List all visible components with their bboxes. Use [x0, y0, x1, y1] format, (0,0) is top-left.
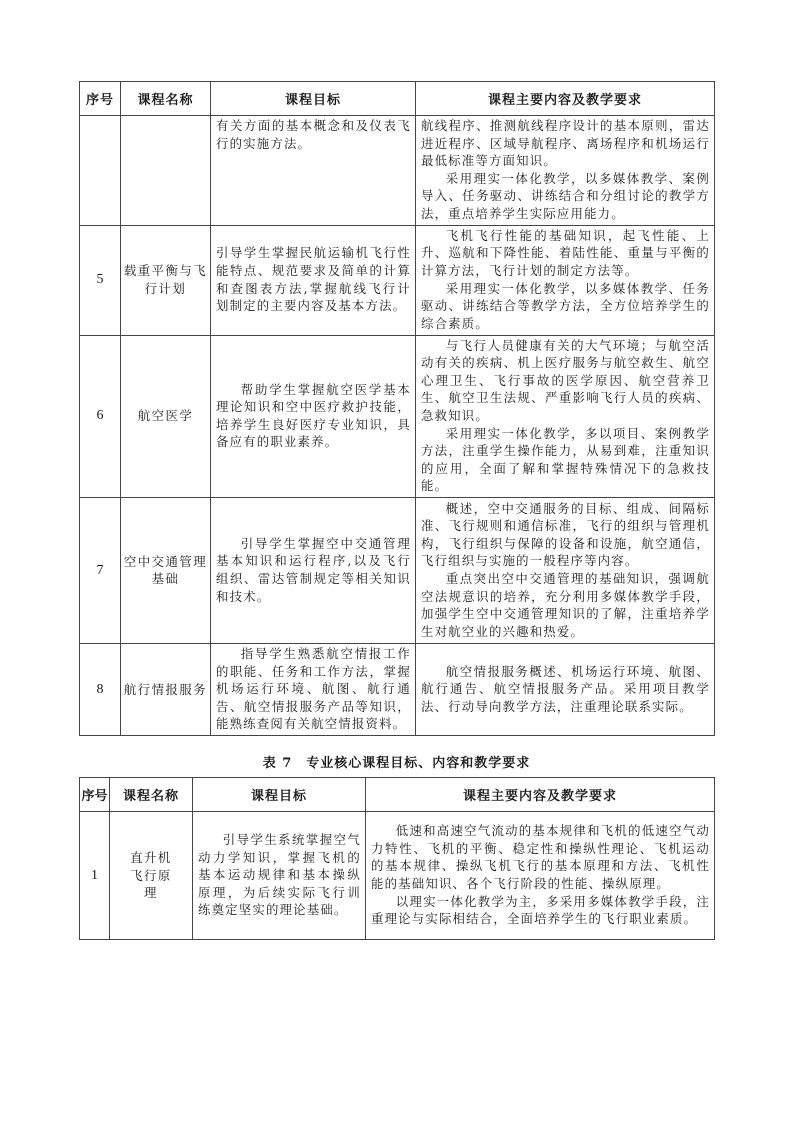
content-paragraph: 重点突出空中交通管理的基础知识，强调航空法规意识的培养，充分利用多媒体教学手段，… — [421, 570, 710, 640]
row-course-name: 航空医学 — [121, 335, 211, 497]
row-course-goal: 帮助学生掌握航空医学基本理论知识和空中医疗救护技能，培养学生良好医疗专业知识，具… — [211, 335, 416, 497]
goal-text: 指导学生熟悉航空情报工作的职能、任务和工作方法，掌握机场运行环境、航图、航行通告… — [216, 645, 411, 733]
content-paragraph: 采用理实一体化教学，以多媒体教学、任务驱动、讲练结合等教学方法，全方位培养学生的… — [421, 280, 710, 333]
core-course-table: 序号 课程名称 课程目标 课程主要内容及教学要求 1 直升机飞行原理 引导学生系… — [79, 777, 715, 940]
goal-text: 有关方面的基本概念和及仪表飞行的实施方法。 — [216, 117, 411, 152]
row-index: 5 — [80, 225, 121, 335]
course-table-continued: 序号 课程名称 课程目标 课程主要内容及教学要求 有关方面的基本概念和及仪表飞行… — [79, 81, 715, 736]
row-course-goal: 引导学生掌握民航运输机飞行性能特点、规范要求及简单的计算和查图表方法,掌握航线飞… — [211, 225, 416, 335]
goal-text: 帮助学生掌握航空医学基本理论知识和空中医疗救护技能，培养学生良好医疗专业知识，具… — [216, 381, 411, 451]
row-course-name: 直升机飞行原理 — [110, 812, 193, 940]
row-course-name: 航行情报服务 — [121, 643, 211, 735]
header-course-name: 课程名称 — [121, 82, 211, 116]
table-caption-number: 表 7 — [263, 756, 293, 771]
table-row: 7 空中交通管理基础 引导学生掌握空中交通管理基本知识和运行程序,以及飞行组织、… — [80, 497, 715, 643]
content-paragraph: 飞机飞行性能的基础知识，起飞性能、上升、巡航和下降性能、着陆性能、重量与平衡的计… — [421, 227, 710, 280]
table-row: 8 航行情报服务 指导学生熟悉航空情报工作的职能、任务和工作方法，掌握机场运行环… — [80, 643, 715, 735]
content-paragraph: 以理实一体化教学为主，多采用多媒体教学手段，注重理论与实际相结合，全面培养学生的… — [371, 893, 710, 928]
row-course-goal: 有关方面的基本概念和及仪表飞行的实施方法。 — [211, 116, 416, 226]
row-course-name: 载重平衡与飞行计划 — [121, 225, 211, 335]
row-course-name: 空中交通管理基础 — [121, 497, 211, 643]
row-course-content: 航线程序、推测航线程序设计的基本原则，雷达进近程序、区域导航程序、离场程序和机场… — [416, 116, 715, 226]
row-index — [80, 116, 121, 226]
table-row: 6 航空医学 帮助学生掌握航空医学基本理论知识和空中医疗救护技能，培养学生良好医… — [80, 335, 715, 497]
row-course-goal: 引导学生系统掌握空气动力学知识，掌握飞机的基本运动规律和基本操纵原理，为后续实际… — [193, 812, 366, 940]
row-course-content: 与飞行人员健康有关的大气环境；与航空活动有关的疾病、机上医疗服务与航空救生、航空… — [416, 335, 715, 497]
row-course-content: 航空情报服务概述、机场运行环境、航图、航行通告、航空情报服务产品。采用项目教学法… — [416, 643, 715, 735]
content-paragraph: 航线程序、推测航线程序设计的基本原则，雷达进近程序、区域导航程序、离场程序和机场… — [421, 117, 710, 170]
content-paragraph: 概述，空中交通服务的目标、组成、间隔标准、飞行规则和通信标准，飞行的组织与管理机… — [421, 500, 710, 570]
header-course-content: 课程主要内容及教学要求 — [366, 778, 715, 812]
row-index: 1 — [80, 812, 110, 940]
content-paragraph: 与飞行人员健康有关的大气环境；与航空活动有关的疾病、机上医疗服务与航空救生、航空… — [421, 337, 710, 425]
row-course-goal: 引导学生掌握空中交通管理基本知识和运行程序,以及飞行组织、雷达管制规定等相关知识… — [211, 497, 416, 643]
row-course-content: 飞机飞行性能的基础知识，起飞性能、上升、巡航和下降性能、着陆性能、重量与平衡的计… — [416, 225, 715, 335]
header-course-goal: 课程目标 — [211, 82, 416, 116]
row-index: 8 — [80, 643, 121, 735]
header-course-content: 课程主要内容及教学要求 — [416, 82, 715, 116]
row-course-name — [121, 116, 211, 226]
content-paragraph: 航空情报服务概述、机场运行环境、航图、航行通告、航空情报服务产品。采用项目教学法… — [421, 663, 710, 716]
table-row: 5 载重平衡与飞行计划 引导学生掌握民航运输机飞行性能特点、规范要求及简单的计算… — [80, 225, 715, 335]
goal-text: 引导学生系统掌握空气动力学知识，掌握飞机的基本运动规律和基本操纵原理，为后续实际… — [198, 831, 361, 919]
content-paragraph: 低速和高速空气流动的基本规律和飞机的低速空气动力特性、飞机的平衡、稳定性和操纵性… — [371, 822, 710, 892]
content-paragraph: 采用理实一体化教学，多以项目、案例教学方法，注重学生操作能力，从易到难，注重知识… — [421, 425, 710, 495]
row-course-content: 低速和高速空气流动的基本规律和飞机的低速空气动力特性、飞机的平衡、稳定性和操纵性… — [366, 812, 715, 940]
table-caption-title: 专业核心课程目标、内容和教学要求 — [306, 756, 530, 771]
table-header-row: 序号 课程名称 课程目标 课程主要内容及教学要求 — [80, 778, 715, 812]
header-course-name: 课程名称 — [110, 778, 193, 812]
goal-text: 引导学生掌握民航运输机飞行性能特点、规范要求及简单的计算和查图表方法,掌握航线飞… — [216, 244, 411, 314]
table-row: 1 直升机飞行原理 引导学生系统掌握空气动力学知识，掌握飞机的基本运动规律和基本… — [80, 812, 715, 940]
goal-text: 引导学生掌握空中交通管理基本知识和运行程序,以及飞行组织、雷达管制规定等相关知识… — [216, 535, 411, 605]
content-paragraph: 采用理实一体化教学，以多媒体教学、案例导入、任务驱动、讲练结合和分组讨论的教学方… — [421, 170, 710, 223]
row-index: 7 — [80, 497, 121, 643]
row-index: 6 — [80, 335, 121, 497]
table-caption: 表 7专业核心课程目标、内容和教学要求 — [0, 752, 793, 771]
header-course-goal: 课程目标 — [193, 778, 366, 812]
header-index: 序号 — [80, 778, 110, 812]
row-course-content: 概述，空中交通服务的目标、组成、间隔标准、飞行规则和通信标准，飞行的组织与管理机… — [416, 497, 715, 643]
table-header-row: 序号 课程名称 课程目标 课程主要内容及教学要求 — [80, 82, 715, 116]
row-course-goal: 指导学生熟悉航空情报工作的职能、任务和工作方法，掌握机场运行环境、航图、航行通告… — [211, 643, 416, 735]
table-row: 有关方面的基本概念和及仪表飞行的实施方法。 航线程序、推测航线程序设计的基本原则… — [80, 116, 715, 226]
header-index: 序号 — [80, 82, 121, 116]
